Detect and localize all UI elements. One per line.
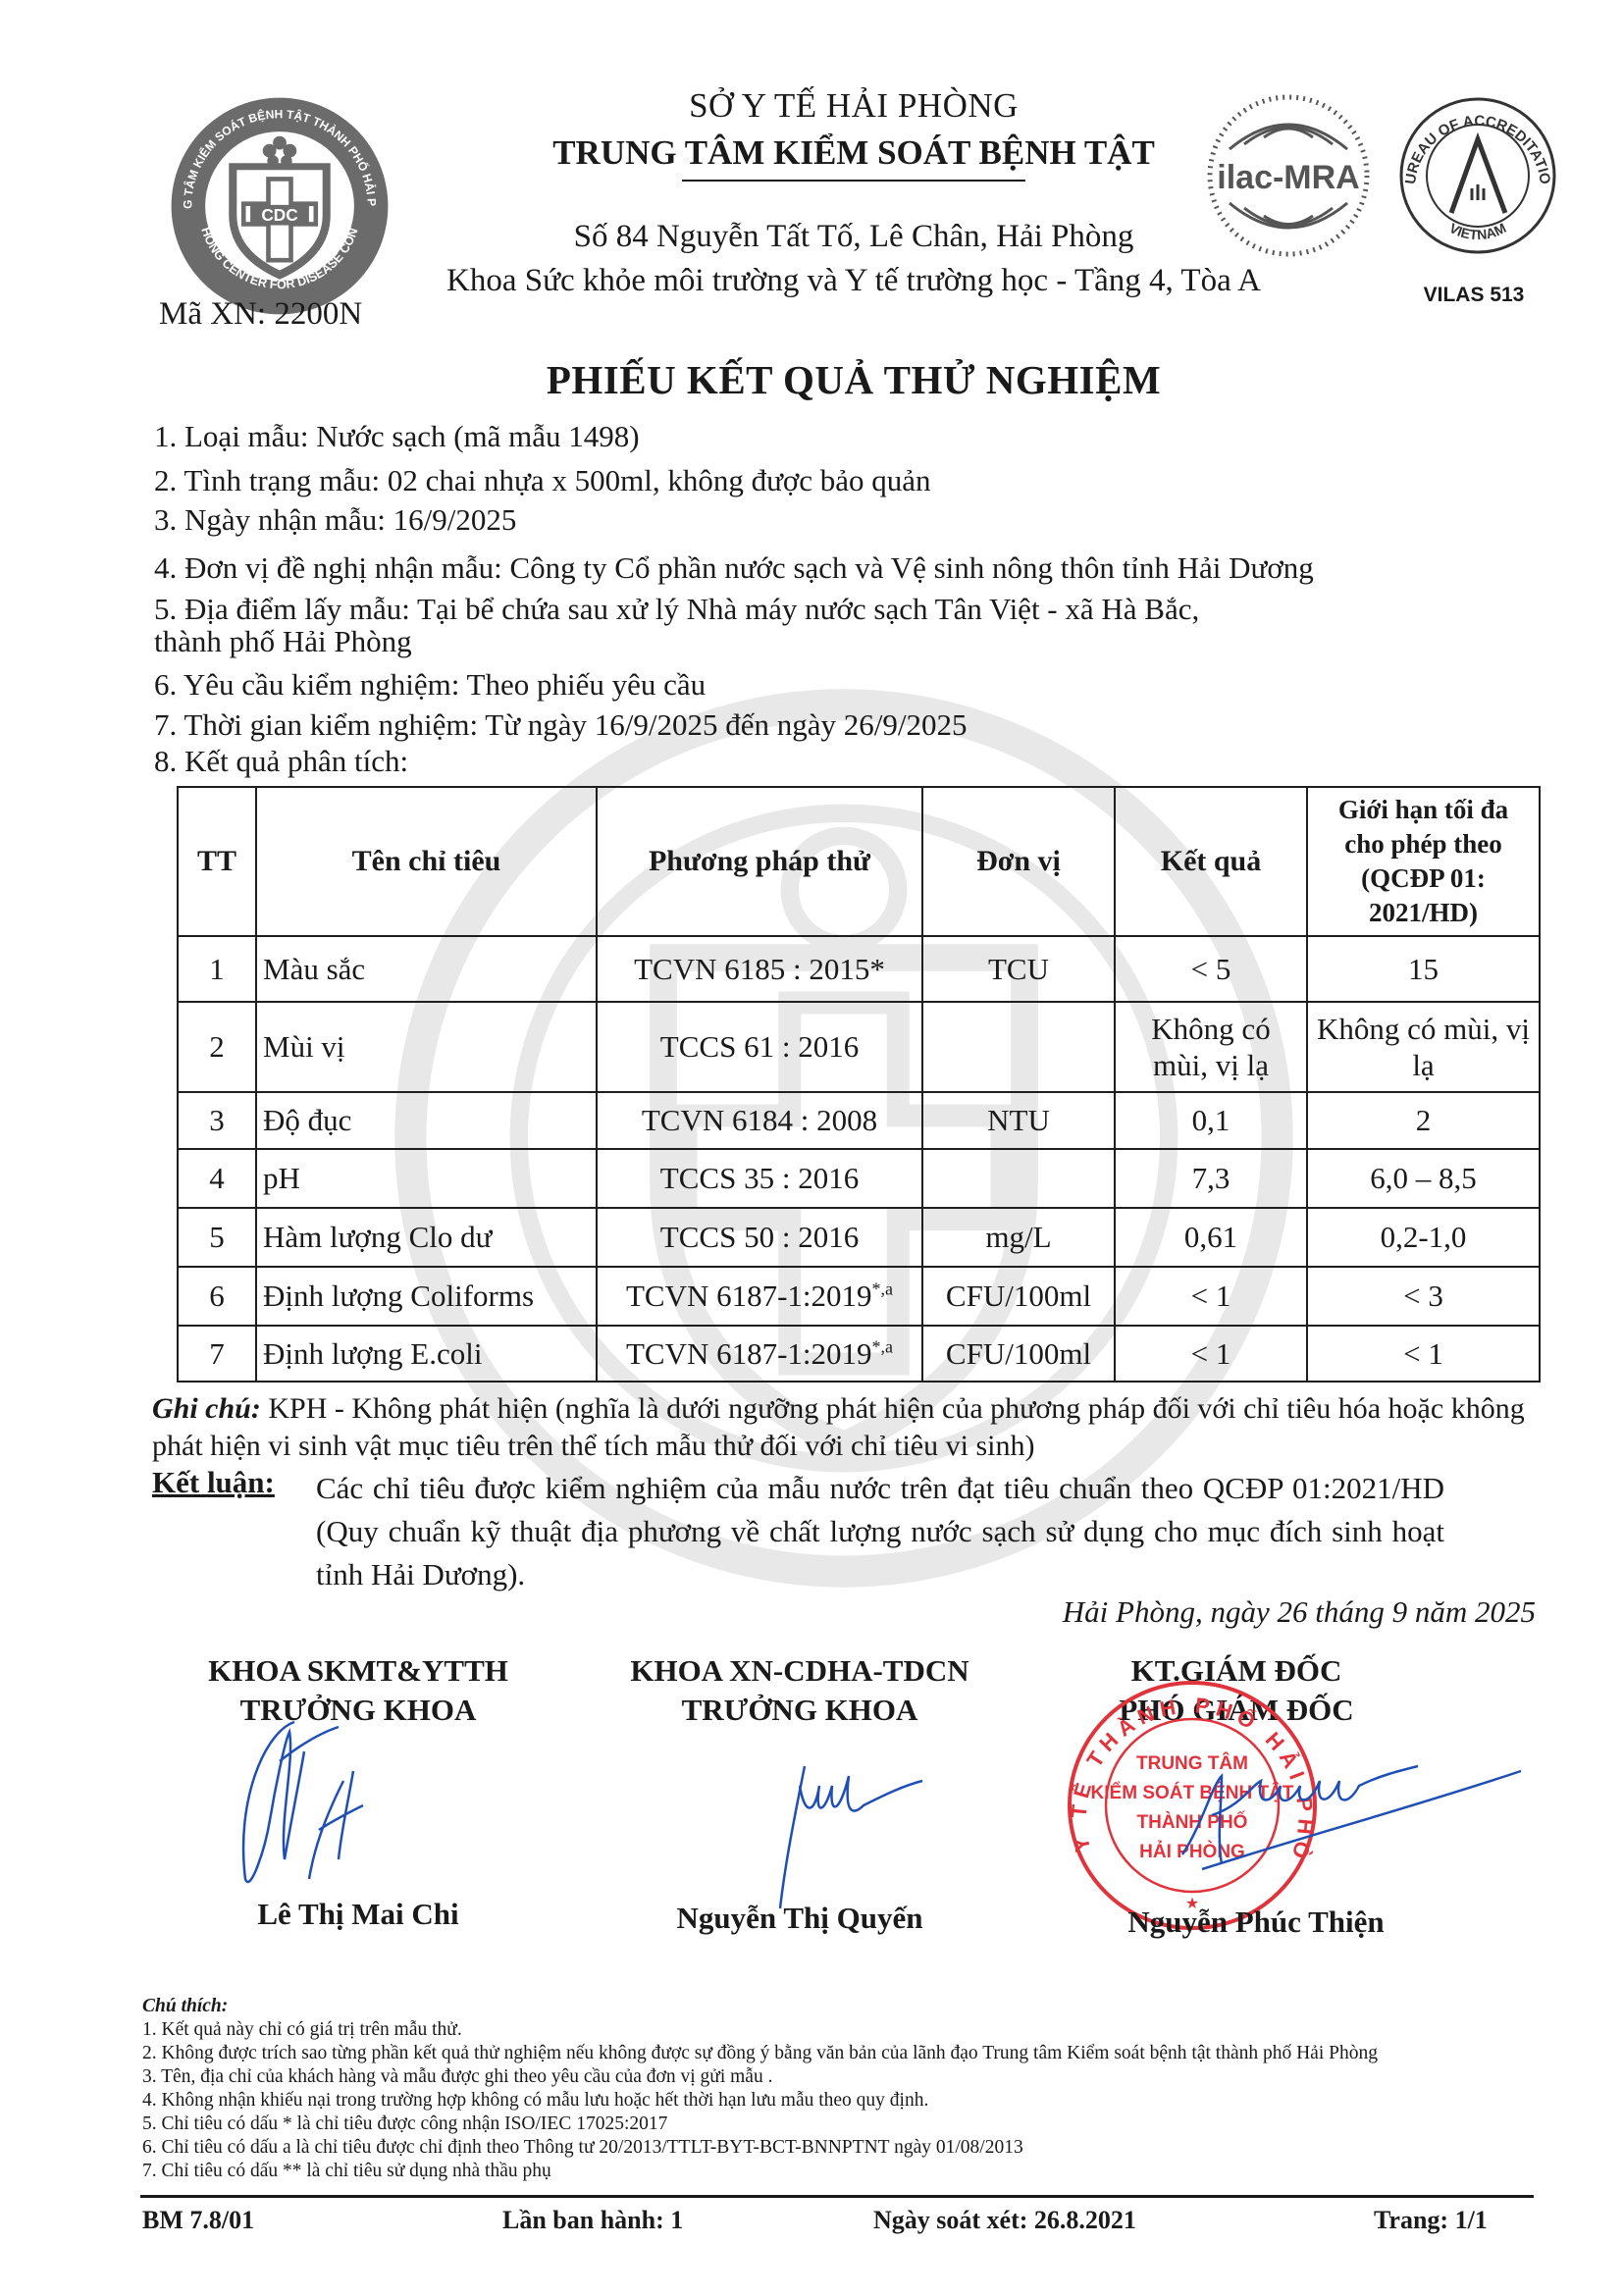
info-sample-type: 1. Loại mẫu: Nước sạch (mã mẫu 1498) — [154, 419, 640, 454]
svg-text:ilac-MRA: ilac-MRA — [1217, 159, 1359, 196]
cell-method: TCVN 6187-1:2019*,a — [597, 1267, 922, 1326]
cdc-logo-icon: TRUNG TÂM KIỂM SOÁT BỆNH TẬT THÀNH PHỐ H… — [167, 93, 393, 319]
signatory-dept: KHOA SKMT&YTTH — [162, 1651, 554, 1691]
cell-result: Không có mùi, vị lạ — [1115, 1002, 1307, 1092]
cell-name: pH — [256, 1149, 597, 1208]
svg-text:VIETNAM: VIETNAM — [1447, 220, 1509, 242]
cell-limit: 2 — [1307, 1092, 1540, 1149]
cell-limit: 6,0 – 8,5 — [1307, 1149, 1540, 1208]
cell-unit: CFU/100ml — [922, 1267, 1115, 1326]
cell-result: 0,61 — [1115, 1208, 1307, 1267]
table-row: 1 Màu sắc TCVN 6185 : 2015* TCU < 5 15 — [178, 936, 1540, 1002]
signatory-name-1: Lê Thị Mai Chi — [162, 1897, 554, 1932]
signatory-title: TRƯỞNG KHOA — [589, 1691, 1011, 1730]
svg-text:CDC: CDC — [261, 205, 297, 225]
table-row: 5 Hàm lượng Clo dư TCCS 50 : 2016 mg/L 0… — [178, 1208, 1540, 1267]
cell-method: TCCS 61 : 2016 — [597, 1002, 922, 1092]
footnotes-heading: Chú thích: — [142, 1995, 1536, 2018]
footnote-item: 7. Chỉ tiêu có dấu ** là chỉ tiêu sử dụn… — [142, 2160, 1536, 2183]
col-header-method: Phương pháp thử — [597, 787, 922, 936]
info-test-period: 7. Thời gian kiểm nghiệm: Từ ngày 16/9/2… — [154, 707, 968, 743]
cell-no: 1 — [178, 936, 256, 1002]
department-name: Khoa Sức khỏe môi trường và Y tế trường … — [393, 263, 1315, 299]
cell-limit: < 1 — [1307, 1326, 1540, 1382]
info-sampling-location-cont: thành phố Hải Phòng — [154, 624, 412, 659]
info-results-heading: 8. Kết quả phân tích: — [154, 744, 408, 779]
cell-no: 3 — [178, 1092, 256, 1149]
cell-result: < 1 — [1115, 1267, 1307, 1326]
col-header-name: Tên chỉ tiêu — [256, 787, 597, 936]
signatory-dept: KHOA XN-CDHA-TDCN — [589, 1651, 1011, 1691]
method-sup: *,a — [872, 1337, 894, 1357]
cell-limit: Không có mùi, vị lạ — [1307, 1002, 1540, 1092]
signatory-block-2: KHOA XN-CDHA-TDCN TRƯỞNG KHOA — [589, 1651, 1011, 1730]
info-received-date: 3. Ngày nhận mẫu: 16/9/2025 — [154, 502, 516, 538]
cell-method: TCCS 35 : 2016 — [597, 1149, 922, 1208]
footnote-item: 6. Chỉ tiêu có dấu a là chỉ tiêu được ch… — [142, 2136, 1536, 2160]
cell-no: 2 — [178, 1002, 256, 1092]
signature-1-icon — [226, 1712, 422, 1899]
table-row: 4 pH TCCS 35 : 2016 7,3 6,0 – 8,5 — [178, 1149, 1540, 1208]
footnote-item: 5. Chỉ tiêu có dấu * là chỉ tiêu được cô… — [142, 2113, 1536, 2136]
cell-name: Mùi vị — [256, 1002, 597, 1092]
method-text: TCVN 6185 : 2015* — [634, 952, 885, 986]
conclusion-text: Các chỉ tiêu được kiểm nghiệm của mẫu nư… — [316, 1467, 1444, 1596]
place-date: Hải Phòng, ngày 26 tháng 9 năm 2025 — [883, 1594, 1536, 1630]
header-divider — [682, 180, 1025, 182]
table-row: 3 Độ đục TCVN 6184 : 2008 NTU 0,1 2 — [178, 1092, 1540, 1149]
footer-issue: Lần ban hành: 1 — [502, 2206, 683, 2235]
cell-unit: CFU/100ml — [922, 1326, 1115, 1382]
ministry-name: SỞ Y TẾ HẢI PHÒNG — [510, 86, 1197, 126]
cell-name: Hàm lượng Clo dư — [256, 1208, 597, 1267]
cell-name: Định lượng Coliforms — [256, 1267, 597, 1326]
method-text: TCCS 50 : 2016 — [660, 1220, 859, 1254]
limit-header-line: cho phép theo — [1314, 827, 1533, 861]
col-header-limit: Giới hạn tối đa cho phép theo (QCĐP 01: … — [1307, 787, 1540, 936]
note-text: KPH - Không phát hiện (nghĩa là dưới ngư… — [152, 1392, 1525, 1462]
footer-review-date: Ngày soát xét: 26.8.2021 — [873, 2206, 1136, 2235]
col-header-unit: Đơn vị — [922, 787, 1115, 936]
cell-no: 7 — [178, 1326, 256, 1382]
method-text: TCCS 61 : 2016 — [660, 1029, 859, 1064]
info-sampling-location: 5. Địa điểm lấy mẫu: Tại bể chứa sau xử … — [154, 592, 1199, 627]
limit-header-line: (QCĐP 01: — [1314, 861, 1533, 896]
document-title: PHIẾU KẾT QUẢ THỬ NGHIỆM — [294, 356, 1413, 403]
cell-no: 5 — [178, 1208, 256, 1267]
footer-page: Trang: 1/1 — [1374, 2206, 1488, 2235]
signatory-name-3: Nguyễn Phúc Thiện — [1060, 1905, 1452, 1940]
info-requesting-unit: 4. Đơn vị đề nghị nhận mẫu: Công ty Cổ p… — [154, 550, 1314, 586]
cell-method: TCVN 6185 : 2015* — [597, 936, 922, 1002]
cell-name: Định lượng E.coli — [256, 1326, 597, 1382]
cell-result: 0,1 — [1115, 1092, 1307, 1149]
cell-unit: NTU — [922, 1092, 1115, 1149]
method-text: TCVN 6187-1:2019 — [626, 1278, 872, 1313]
signatory-name-2: Nguyễn Thị Quyến — [589, 1901, 1011, 1936]
footnote-item: 1. Kết quả này chỉ có giá trị trên mẫu t… — [142, 2018, 1536, 2042]
table-header-row: TT Tên chỉ tiêu Phương pháp thử Đơn vị K… — [178, 787, 1540, 936]
cell-limit: < 3 — [1307, 1267, 1540, 1326]
footnote-item: 2. Không được trích sao từng phần kết qu… — [142, 2042, 1536, 2065]
cell-method: TCVN 6184 : 2008 — [597, 1092, 922, 1149]
results-table: TT Tên chỉ tiêu Phương pháp thử Đơn vị K… — [177, 786, 1541, 1383]
cell-result: < 5 — [1115, 936, 1307, 1002]
bureau-of-accreditation-logo-icon: BUREAU OF ACCREDITATION VIETNAM — [1397, 90, 1559, 262]
col-header-result: Kết quả — [1115, 787, 1307, 936]
cell-unit: TCU — [922, 936, 1115, 1002]
note-paragraph: Ghi chú: KPH - Không phát hiện (nghĩa là… — [152, 1390, 1536, 1465]
conclusion-label: Kết luận: — [152, 1465, 275, 1500]
cell-method: TCVN 6187-1:2019*,a — [597, 1326, 922, 1382]
svg-text:BUREAU OF ACCREDITATION: BUREAU OF ACCREDITATION — [1397, 90, 1553, 185]
cell-name: Độ đục — [256, 1092, 597, 1149]
method-text: TCCS 35 : 2016 — [660, 1161, 859, 1195]
footer-form-code: BM 7.8/01 — [142, 2206, 254, 2235]
col-header-no: TT — [178, 787, 256, 936]
table-row: 2 Mùi vị TCCS 61 : 2016 Không có mùi, vị… — [178, 1002, 1540, 1092]
center-name: TRUNG TÂM KIỂM SOÁT BỆNH TẬT — [442, 133, 1266, 173]
footnote-item: 4. Không nhận khiếu nại trong trường hợp… — [142, 2089, 1536, 2113]
footer-divider — [140, 2195, 1534, 2198]
cell-no: 6 — [178, 1267, 256, 1326]
lab-code: Mã XN: 2200N — [159, 296, 362, 333]
cell-limit: 15 — [1307, 936, 1540, 1002]
note-label: Ghi chú: — [152, 1392, 261, 1425]
center-address: Số 84 Nguyễn Tất Tố, Lê Chân, Hải Phòng — [412, 219, 1295, 255]
info-test-request: 6. Yêu cầu kiểm nghiệm: Theo phiếu yêu c… — [154, 667, 706, 703]
cell-name: Màu sắc — [256, 936, 597, 1002]
info-sample-condition: 2. Tình trạng mẫu: 02 chai nhựa x 500ml,… — [154, 463, 931, 498]
cell-result: 7,3 — [1115, 1149, 1307, 1208]
limit-header-line: Giới hạn tối đa — [1314, 793, 1533, 827]
cell-unit — [922, 1149, 1115, 1208]
footnotes: Chú thích: 1. Kết quả này chỉ có giá trị… — [142, 1995, 1536, 2183]
signature-3-icon — [1163, 1747, 1526, 1874]
cell-method: TCCS 50 : 2016 — [597, 1208, 922, 1267]
table-row: 7 Định lượng E.coli TCVN 6187-1:2019*,a … — [178, 1326, 1540, 1382]
cell-limit: 0,2-1,0 — [1307, 1208, 1540, 1267]
footnote-item: 3. Tên, địa chỉ của khách hàng và mẫu đư… — [142, 2065, 1536, 2089]
cell-no: 4 — [178, 1149, 256, 1208]
method-text: TCVN 6187-1:2019 — [626, 1336, 872, 1371]
limit-header-line: 2021/HD) — [1314, 896, 1533, 930]
vilas-code: VILAS 513 — [1413, 284, 1535, 307]
cell-result: < 1 — [1115, 1326, 1307, 1382]
cell-unit — [922, 1002, 1115, 1092]
cell-unit: mg/L — [922, 1208, 1115, 1267]
table-row: 6 Định lượng Coliforms TCVN 6187-1:2019*… — [178, 1267, 1540, 1326]
ilac-mra-logo-icon: ilac-MRA — [1205, 90, 1372, 262]
method-text: TCVN 6184 : 2008 — [642, 1103, 877, 1137]
signature-2-icon — [756, 1747, 932, 1913]
method-sup: *,a — [872, 1279, 894, 1299]
